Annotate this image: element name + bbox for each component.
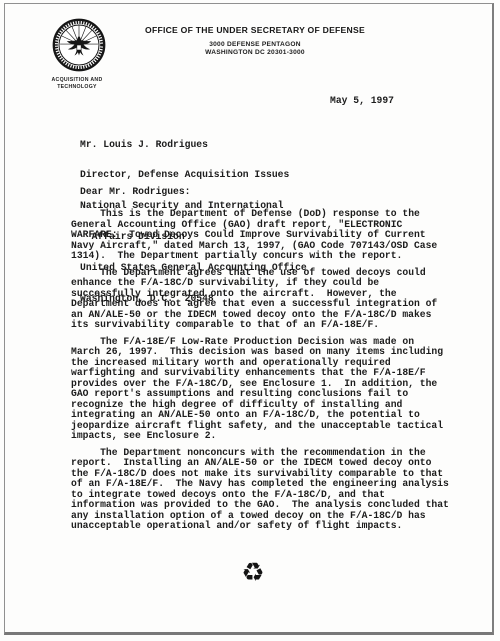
recipient-line: Director, Defense Acquisition Issues — [80, 170, 307, 180]
letterhead-address-line1: 3000 DEFENSE PENTAGON — [105, 41, 405, 49]
letter-paragraph-1: This is the Department of Defense (DoD) … — [71, 209, 477, 262]
letter-paragraph-2: The Department agrees that the use of to… — [71, 268, 477, 331]
letter-date: May 5, 1997 — [330, 96, 394, 107]
recipient-line: Mr. Louis J. Rodrigues — [80, 140, 307, 150]
scanned-letter-page: ACQUISITION AND TECHNOLOGY OFFICE OF THE… — [0, 0, 500, 641]
salutation: Dear Mr. Rodrigues: — [80, 187, 190, 198]
seal-caption: ACQUISITION AND TECHNOLOGY — [27, 77, 127, 90]
letterhead-office-title: OFFICE OF THE UNDER SECRETARY OF DEFENSE — [105, 25, 405, 35]
letter-body: This is the Department of Defense (DoD) … — [71, 209, 477, 538]
letter-paragraph-4: The Department nonconcurs with the recom… — [71, 448, 477, 532]
letter-paragraph-3: The F/A-18E/F Low-Rate Production Decisi… — [71, 337, 477, 442]
letterhead-address-line2: WASHINGTON DC 20301-3000 — [105, 49, 405, 57]
letterhead-address: 3000 DEFENSE PENTAGON WASHINGTON DC 2030… — [105, 41, 405, 57]
seal-caption-line2: TECHNOLOGY — [27, 84, 127, 91]
department-of-defense-seal-icon — [52, 18, 106, 72]
recycle-icon: ♻ — [236, 558, 270, 588]
